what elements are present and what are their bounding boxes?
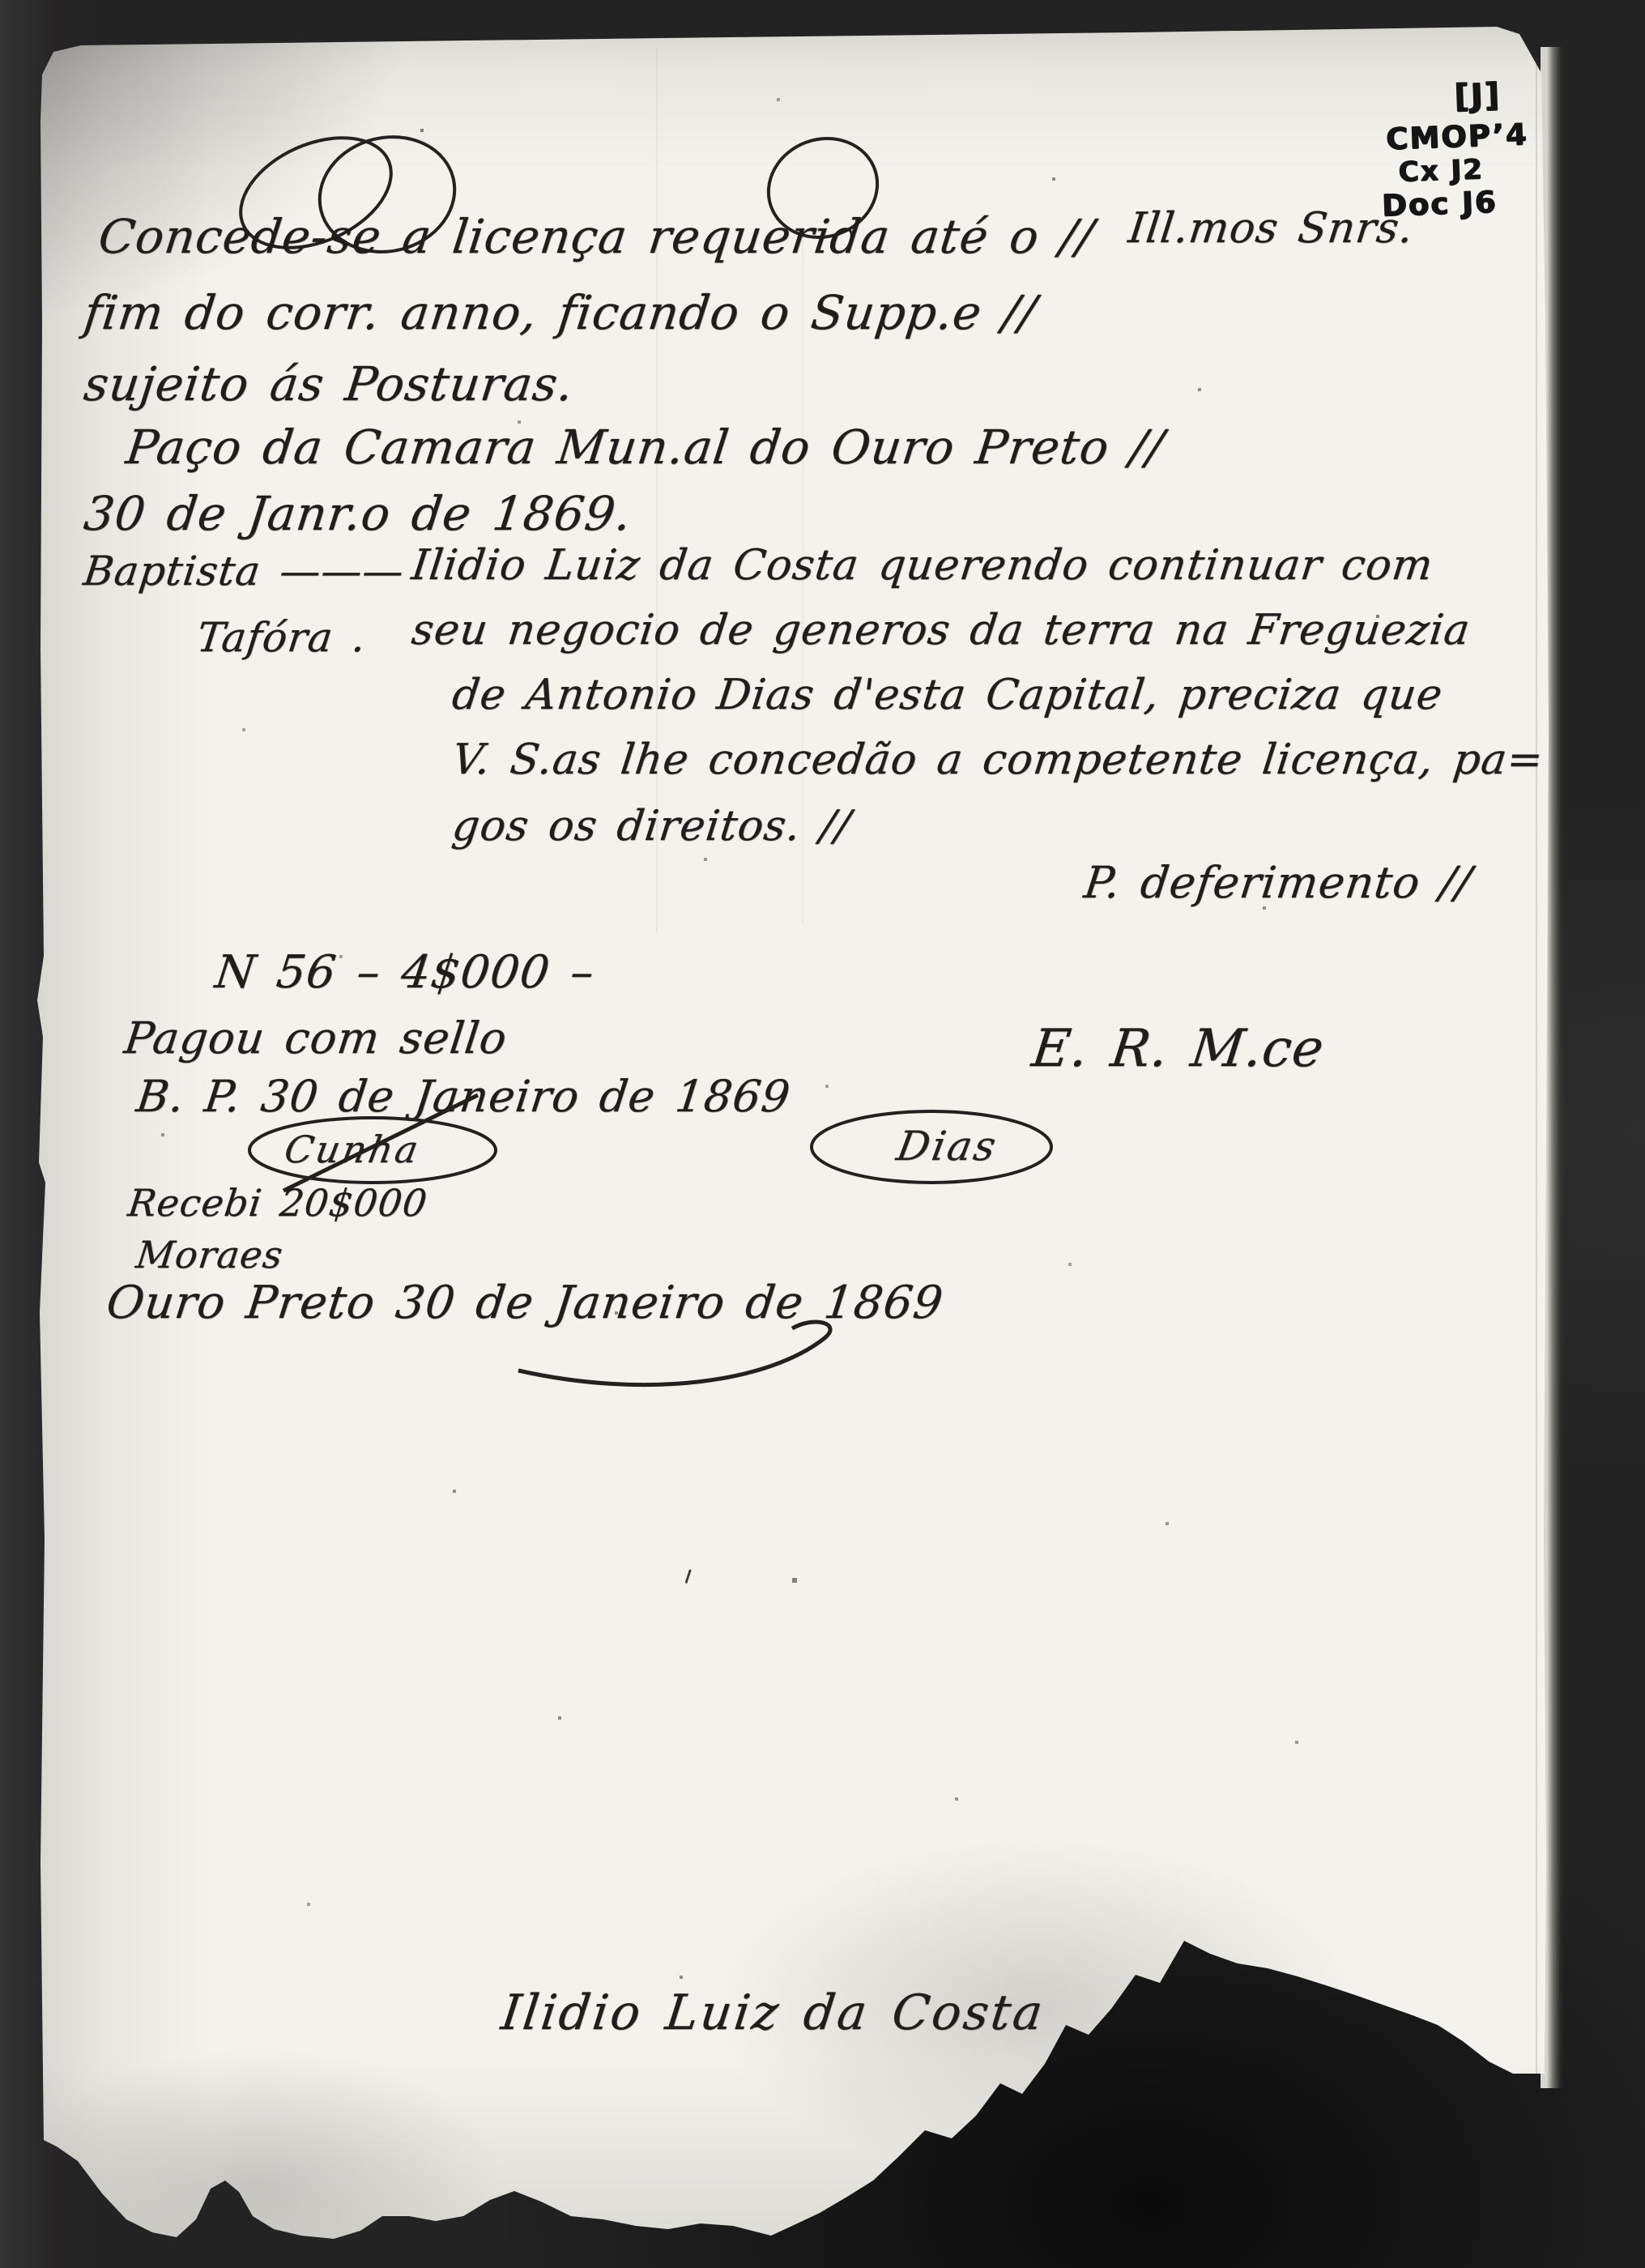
fold-crease <box>656 49 658 932</box>
archival-note-line: CMOP’4 <box>1386 117 1549 157</box>
petition-line-4: V. S.as lhe concedão a competente licenç… <box>450 735 1546 784</box>
receipt-line-1: Recebi 20$000 <box>126 1181 430 1225</box>
archival-note-line: Cx J2 <box>1398 151 1549 189</box>
despacho-line-4: Paço da Camara Mun.al do Ouro Preto // <box>123 420 1167 475</box>
petition-line-2: seu negocio de generos da terra na Fregu… <box>409 606 1473 654</box>
despacho-line-3: sujeito ás Posturas. <box>81 356 577 411</box>
petition-line-3: de Antonio Dias d'esta Capital, preciza … <box>450 671 1446 719</box>
fee-number-line: N 56 – 4$000 – <box>212 946 598 999</box>
document-page: [J] CMOP’4 Cx J2 Doc J6 Concede-se a lic… <box>0 0 1645 2268</box>
rubric-name: Dias <box>893 1123 1002 1170</box>
rubric-name: Cunha <box>281 1128 424 1171</box>
petitioner-signature: Ilidio Luiz da Costa <box>498 1985 1048 2041</box>
scanned-document: [J] CMOP’4 Cx J2 Doc J6 Concede-se a lic… <box>0 0 1645 2268</box>
petition-line-1: Ilidio Luiz da Costa querendo continuar … <box>409 541 1436 590</box>
archival-note: [J] CMOP’4 Cx J2 Doc J6 <box>1376 75 1551 223</box>
fold-crease <box>1536 49 1537 2074</box>
despacho-line-2: fim do corr. anno, ficando o Supp.e // <box>81 285 1040 340</box>
despacho-line-5: 30 de Janr.o de 1869. <box>81 486 635 541</box>
signature-swash <box>518 1322 830 1385</box>
despacho-line-1-right: Ill.mos Snrs. <box>1126 204 1417 253</box>
receipt-city-date: Ouro Preto 30 de Janeiro de 1869 <box>104 1277 946 1329</box>
fee-stamp-line: Pagou com sello <box>121 1013 510 1064</box>
stray-ink-mark <box>684 1569 696 1585</box>
margin-name-baptista: Baptista ——— <box>81 548 407 595</box>
clerk-initials: E. R. M.ce <box>1029 1019 1328 1079</box>
rubric-signature-right: Dias <box>802 1095 1061 1192</box>
deferral-line: P. deferimento // <box>1081 857 1475 908</box>
despacho-line-1: Concede-se a licença requerida até o // <box>96 209 1097 264</box>
paper-speckles <box>0 0 2 2</box>
petition-line-5: gos os direitos. // <box>450 802 854 850</box>
receipt-line-2: Moraes <box>134 1233 286 1277</box>
margin-name-tafora: Tafóra . <box>194 614 369 661</box>
archival-note-line: [J] <box>1454 75 1548 115</box>
